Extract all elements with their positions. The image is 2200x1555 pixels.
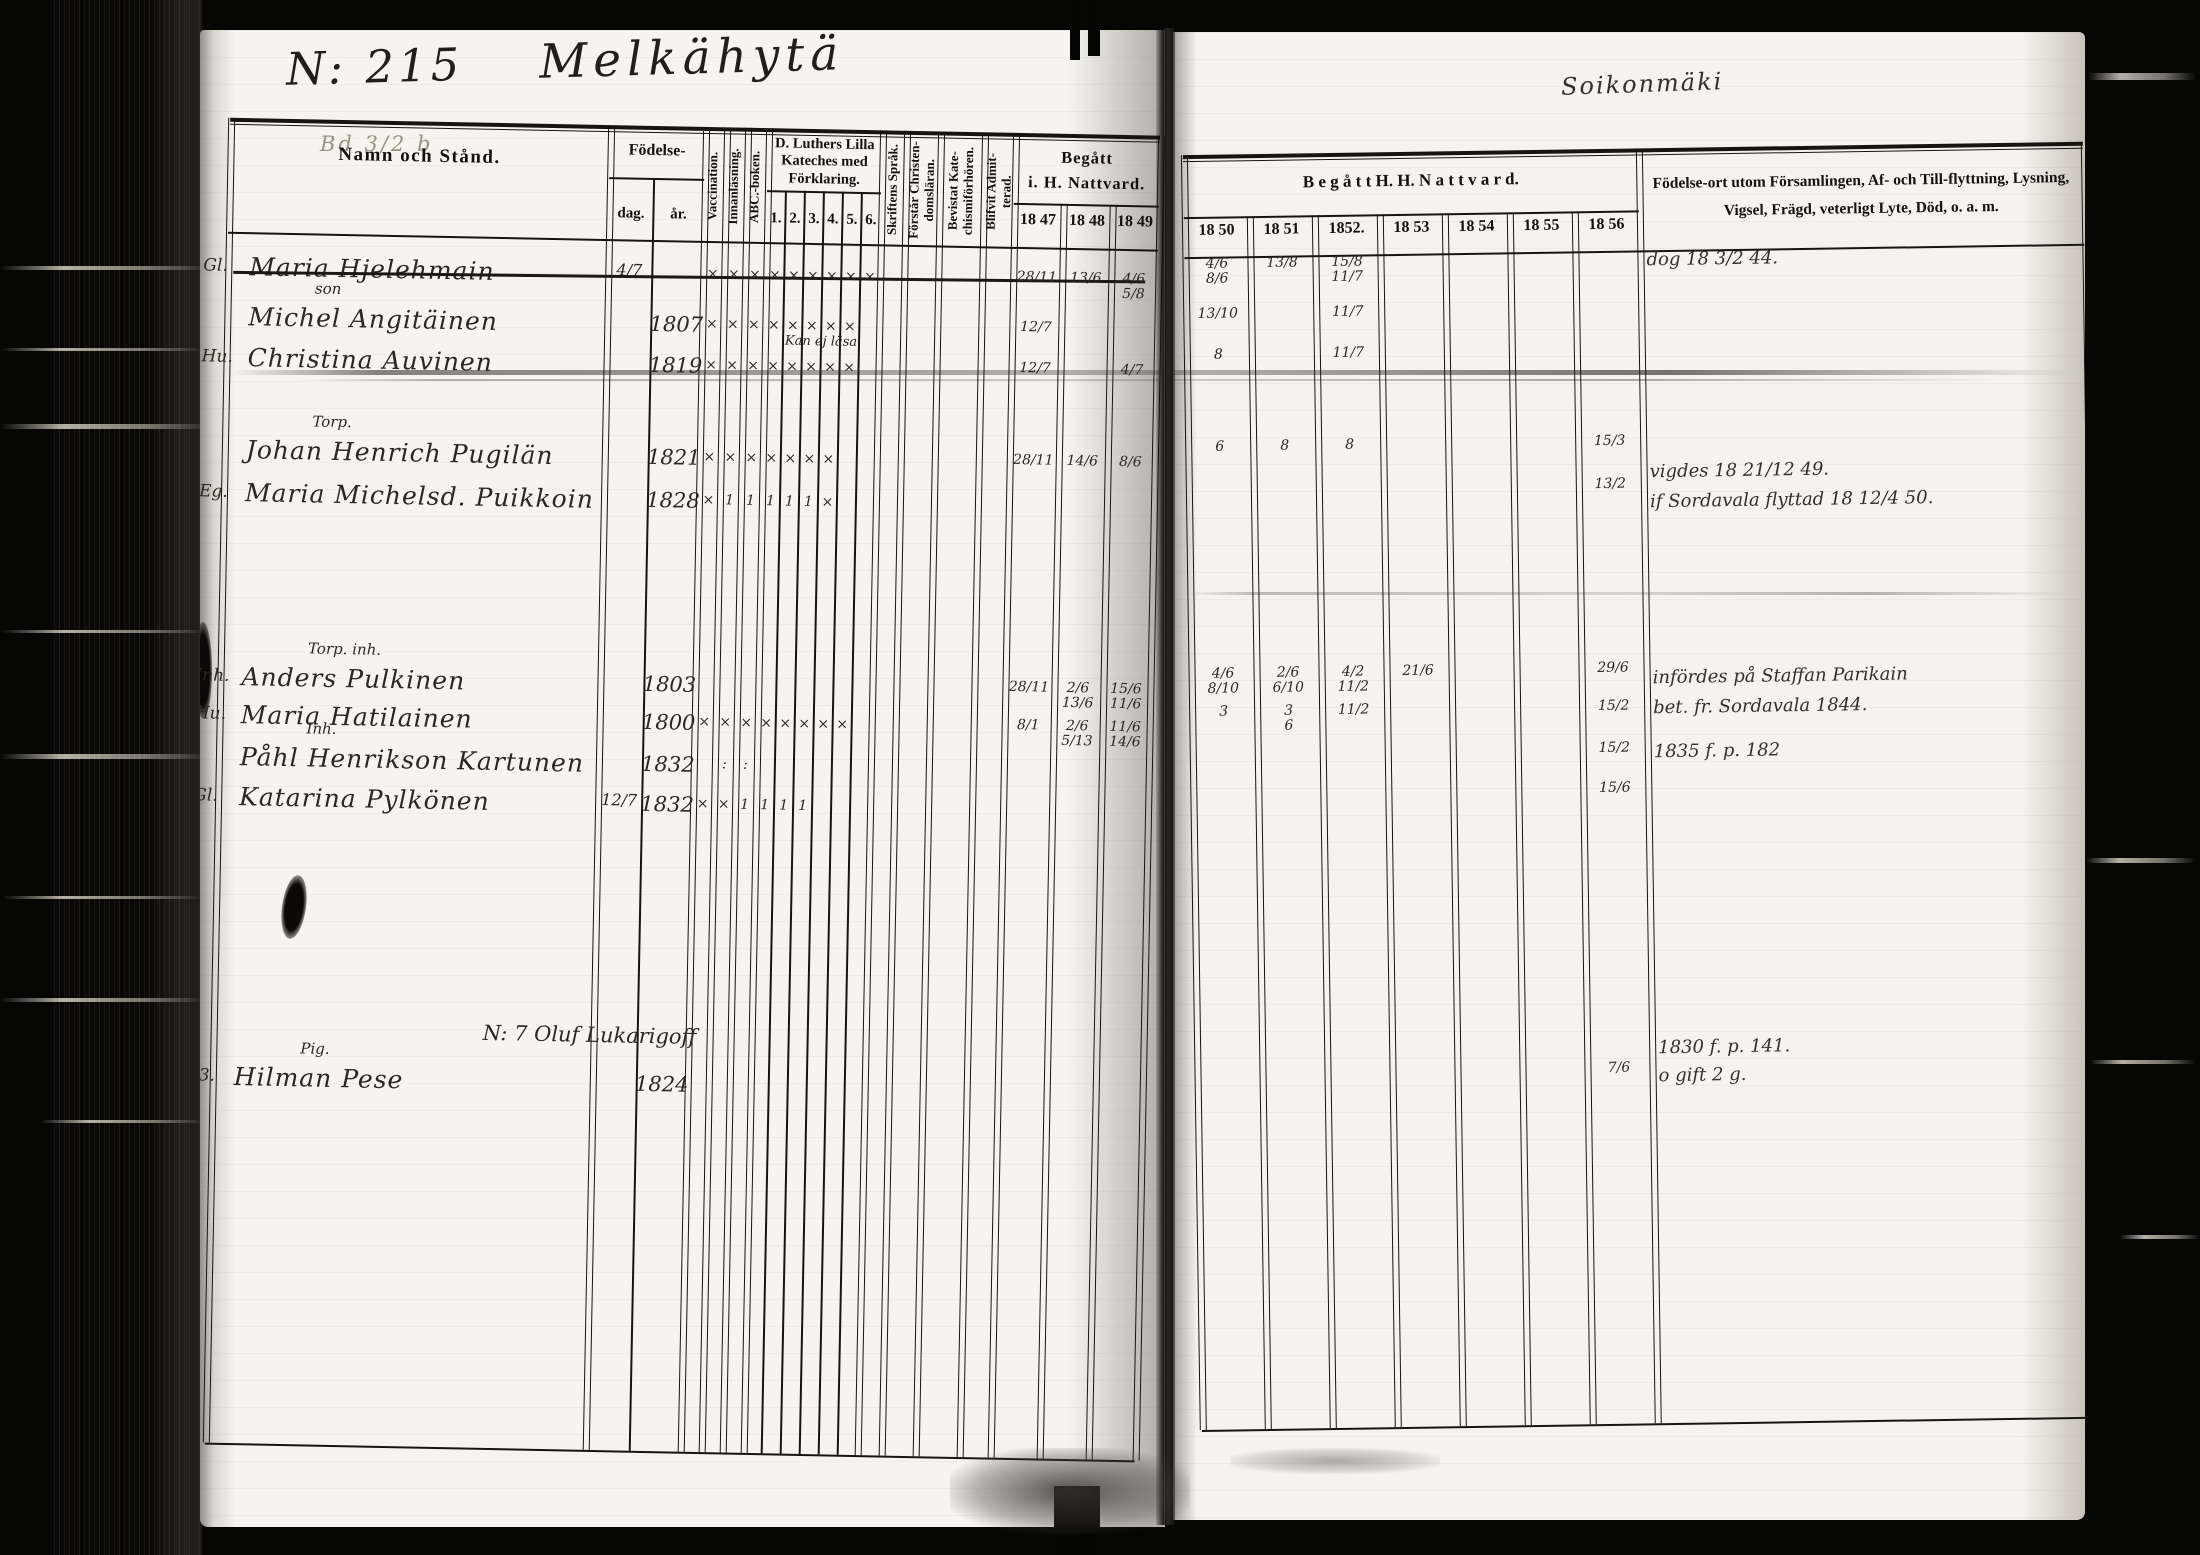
communion-date: 11/7 — [1332, 304, 1364, 319]
handwritten-prefix: Gl. — [203, 255, 228, 275]
table-rule — [878, 131, 910, 1456]
handwritten-prefix: Eg. — [200, 481, 228, 502]
exam-mark: × — [702, 493, 714, 508]
communion-date: 15/6 — [1599, 781, 1631, 796]
table-rule — [1184, 244, 2084, 259]
header-communion-right: B e g å t t H. H. N a t t v a r d. — [1183, 167, 1638, 194]
handwritten-name: Maria Hjelehmain — [249, 252, 495, 286]
table-rule — [1085, 205, 1116, 1460]
scanned-parish-register: { "document": { "page_number": "N: 215",… — [0, 0, 2200, 1555]
scratch-mark — [0, 424, 212, 429]
communion-date: 8 — [1345, 438, 1354, 453]
scratch-mark — [0, 266, 212, 270]
exam-mark: × — [698, 715, 710, 730]
header-birth-year: år. — [653, 206, 703, 224]
communion-date: 11/6 14/6 — [1109, 720, 1141, 750]
exam-mark: × — [718, 797, 730, 812]
communion-date: 28/11 — [1016, 270, 1057, 285]
communion-date: 15/2 — [1598, 741, 1630, 756]
ink-smudge — [1230, 1448, 1440, 1474]
handwritten-annotation: Pig. — [300, 1039, 330, 1058]
handwritten-name: Michel Angitäinen — [248, 302, 498, 336]
header-year-1856: 18 56 — [1574, 215, 1639, 234]
handwritten-birth-year: 1828 — [646, 488, 700, 513]
table-rule — [1376, 214, 1401, 1427]
handwritten-birth-year: 1832 — [641, 752, 695, 777]
table-rule — [202, 118, 234, 1443]
exam-mark: × — [697, 797, 709, 812]
exam-mark: × — [817, 717, 829, 732]
scratch-mark — [2090, 1060, 2196, 1064]
communion-date: 11/2 — [1338, 702, 1370, 717]
exam-mark: × — [784, 452, 796, 467]
scratch-mark — [3, 896, 203, 899]
header-communion-left: Begått i. H. Nattvard. — [1014, 145, 1160, 197]
header-year-1854: 18 54 — [1444, 217, 1509, 236]
exam-mark: × — [769, 268, 781, 283]
table-rule — [609, 177, 704, 180]
communion-date: 2/6 5/13 — [1061, 719, 1093, 749]
communion-date: 13/8 — [1266, 255, 1298, 270]
margin-note: if Sordavala flyttad 18 12/4 50. — [1650, 487, 1934, 512]
exam-mark: 1 — [760, 798, 769, 813]
exam-mark: 1 — [798, 799, 807, 814]
handwritten-birth-day: 12/7 — [601, 792, 637, 809]
table-rule — [2080, 142, 2085, 1417]
margin-note: bet. fr. Sordavala 1844. — [1653, 694, 1868, 718]
header-catechism-3: 3. — [804, 211, 823, 228]
exam-mark: × — [807, 269, 819, 284]
left-page: N: 215 Melkähytä Bd 3/2 b Namn och Stånd… — [200, 30, 1165, 1527]
communion-date: 4/6 5/8 — [1122, 272, 1145, 302]
table-rule — [1506, 212, 1531, 1425]
scratch-mark — [2120, 1235, 2200, 1239]
communion-date: 3 6 — [1284, 704, 1293, 734]
header-year-1853: 18 53 — [1379, 218, 1444, 237]
exam-mark: × — [740, 716, 752, 731]
handwritten-annotation: Torp. inh. — [308, 639, 381, 658]
handwritten-name: Johan Henrich Pugilän — [246, 435, 554, 470]
communion-date: 13/10 — [1197, 306, 1238, 321]
handwritten-prefix: Gl. — [200, 785, 218, 805]
communion-date: 8/1 — [1017, 718, 1040, 733]
exam-mark: × — [845, 270, 857, 285]
handwritten-prefix: Inh. — [200, 665, 230, 686]
exam-mark: × — [806, 319, 818, 334]
communion-date: 15/6 11/6 — [1110, 682, 1142, 712]
table-rule — [987, 133, 1019, 1458]
exam-mark: × — [864, 270, 876, 285]
book-spine-edge — [50, 0, 202, 1555]
exam-mark: × — [803, 452, 815, 467]
scratch-mark — [2086, 858, 2196, 863]
exam-mark: × — [768, 318, 780, 333]
exam-mark: × — [798, 717, 810, 732]
header-year-1849: 18 49 — [1111, 213, 1158, 232]
table-rule — [956, 132, 988, 1457]
header-year-1847: 18 47 — [1013, 211, 1062, 230]
header-year-1855: 18 55 — [1509, 216, 1574, 235]
exam-mark: × — [749, 268, 761, 283]
margin-note: infördes på Staffan Parikain — [1653, 663, 1908, 688]
communion-date: 13/2 — [1594, 477, 1626, 492]
margin-note: 1830 f. p. 141. — [1658, 1035, 1790, 1058]
right-page: Soikonmäki B e g å t t H. H. N a t t v a… — [1173, 32, 2085, 1520]
communion-date: 14/6 — [1066, 454, 1098, 469]
handwritten-birth-year: 1800 — [642, 710, 696, 735]
communion-date: 4/6 8/10 — [1207, 666, 1239, 696]
communion-date: 4/6 8/6 — [1206, 256, 1229, 286]
handwritten-birth-year: 1832 — [640, 792, 694, 817]
exam-mark: 1 — [804, 495, 813, 510]
exam-mark: × — [760, 716, 772, 731]
communion-date: 12/7 — [1020, 320, 1052, 335]
communion-date: 8/6 — [1119, 455, 1142, 470]
exam-mark: × — [728, 267, 740, 282]
exam-mark: × — [706, 317, 718, 332]
handwritten-birth-year: 1807 — [649, 312, 703, 337]
exam-mark: × — [719, 715, 731, 730]
scratch-mark — [0, 998, 206, 1002]
communion-date: 29/6 — [1597, 661, 1629, 676]
handwritten-name: Hilman Pese — [234, 1062, 404, 1094]
header-catechism-group: D. Luthers Lilla Kateches med Förklaring… — [767, 135, 882, 189]
table-rule — [1311, 215, 1336, 1428]
margin-note: dog 18 3/2 44. — [1646, 247, 1778, 270]
scratch-mark — [40, 1120, 205, 1123]
exam-mark: × — [787, 319, 799, 334]
table-rule — [1441, 213, 1466, 1426]
exam-mark: × — [825, 319, 837, 334]
exam-mark: × — [745, 451, 757, 466]
exam-mark: : — [722, 757, 727, 772]
header-notes-line1: Födelse-ort utom Församlingen, Af- och T… — [1638, 169, 2083, 194]
header-year-1848: 18 48 — [1062, 212, 1111, 231]
handwritten-annotation: Torp. — [312, 412, 352, 431]
handwritten-name: Påhl Henrikson Kartunen — [240, 742, 585, 778]
handwritten-annotation: Inh. — [306, 719, 336, 738]
exam-mark: 1 — [740, 798, 749, 813]
exam-mark: 1 — [779, 798, 788, 813]
exam-mark: × — [707, 267, 719, 282]
table-rule — [230, 118, 1160, 139]
table-rule — [1014, 203, 1159, 207]
handwritten-name: Maria Hatilainen — [240, 700, 472, 733]
handwritten-name: Maria Michelsd. Puikkoin — [245, 478, 594, 514]
table-rule — [1246, 216, 1271, 1429]
table-rule — [228, 232, 1158, 251]
exam-mark: × — [779, 716, 791, 731]
table-rule — [1036, 204, 1067, 1459]
communion-date: 8 — [1280, 439, 1289, 454]
header-name-col: Namn och Stånd. — [229, 142, 609, 171]
margin-note: vigdes 18 21/12 49. — [1649, 459, 1829, 483]
exam-mark: × — [765, 451, 777, 466]
header-birth-group: Födelse- — [610, 141, 705, 161]
scratch-mark — [2, 630, 207, 633]
table-rule — [1571, 211, 1596, 1424]
header-notes-line2: Vigsel, Frägd, veterligt Lyte, Död, o. a… — [1639, 197, 2084, 222]
table-rule — [1635, 148, 1661, 1423]
right-table: B e g å t t H. H. N a t t v a r d. Födel… — [1173, 32, 2085, 1520]
header-year-1852: 1852. — [1314, 219, 1379, 238]
exam-mark: × — [821, 495, 833, 510]
scratch-mark — [0, 754, 210, 759]
communion-date: 11/7 — [1333, 345, 1365, 360]
communion-date: 15/3 — [1594, 434, 1626, 449]
handwritten-script: N: 7 Oluf Lukarigoff — [482, 1021, 696, 1049]
exam-mark: × — [844, 320, 856, 335]
exam-mark: 1 — [746, 494, 755, 509]
header-year-1851: 18 51 — [1249, 220, 1314, 239]
exam-mark: × — [748, 318, 760, 333]
table-rule — [1180, 155, 1206, 1430]
scratch-mark — [2088, 73, 2196, 80]
gutter-notch — [1070, 0, 1080, 60]
communion-date: 4/2 11/2 — [1337, 664, 1369, 694]
margin-note: 1835 f. p. 182 — [1654, 739, 1781, 762]
communion-date: 6 — [1215, 440, 1224, 455]
handwritten-prefix: Hu. — [200, 703, 226, 724]
handwritten-prefix: 23. — [200, 1065, 215, 1086]
book-gutter — [1156, 28, 1175, 1525]
header-catechism-4: 4. — [823, 211, 842, 228]
left-table: Namn och Stånd. Födelse- dag. år. Vaccin… — [200, 30, 1165, 1527]
handwritten-name: Anders Pulkinen — [241, 662, 465, 695]
table-rule — [582, 125, 614, 1450]
handwritten-annotation: Kan ej läsa — [756, 333, 886, 350]
scratch-mark — [300, 379, 2000, 381]
table-rule — [912, 131, 944, 1456]
ink-smudge — [950, 1448, 1190, 1534]
header-birth-day: dag. — [608, 205, 653, 223]
exam-mark: × — [703, 450, 715, 465]
scratch-mark — [230, 370, 2075, 375]
scratch-mark — [0, 348, 206, 351]
communion-date: 2/6 13/6 — [1062, 681, 1094, 711]
header-catechism-2: 2. — [785, 210, 804, 227]
handwritten-annotation: son — [315, 279, 342, 298]
exam-mark: 1 — [766, 494, 775, 509]
communion-date: 28/11 — [1013, 453, 1054, 468]
exam-mark: 1 — [785, 495, 794, 510]
communion-date: 2/6 6/10 — [1272, 665, 1304, 695]
handwritten-name: Katarina Pylkönen — [239, 782, 490, 816]
communion-date: 3 — [1219, 705, 1228, 720]
margin-note: o gift 2 g. — [1658, 1064, 1746, 1086]
exam-mark: × — [822, 452, 834, 467]
exam-mark: × — [826, 269, 838, 284]
header-year-1850: 18 50 — [1184, 221, 1249, 240]
exam-mark: × — [836, 718, 848, 733]
communion-date: 7/6 — [1608, 1061, 1631, 1076]
header-catechism-5: 5. — [842, 212, 861, 229]
communion-date: 15/2 — [1598, 699, 1630, 714]
exam-mark: × — [724, 450, 736, 465]
gutter-notch — [1088, 0, 1100, 56]
handwritten-birth-year: 1821 — [647, 445, 701, 470]
communion-date: 21/6 — [1402, 663, 1434, 678]
handwritten-birth-year: 1803 — [642, 672, 696, 697]
communion-date: 13/6 — [1070, 271, 1102, 286]
exam-mark: × — [727, 317, 739, 332]
exam-mark: : — [743, 758, 748, 773]
communion-date: 28/11 — [1009, 680, 1050, 695]
communion-date: 8 — [1214, 348, 1223, 363]
handwritten-birth-year: 1824 — [635, 1072, 689, 1097]
handwritten-prefix: Hu. — [201, 346, 233, 367]
scratch-mark — [1185, 592, 2065, 595]
exam-mark: × — [788, 269, 800, 284]
communion-date: 15/8 11/7 — [1331, 254, 1363, 284]
exam-mark: 1 — [725, 493, 734, 508]
